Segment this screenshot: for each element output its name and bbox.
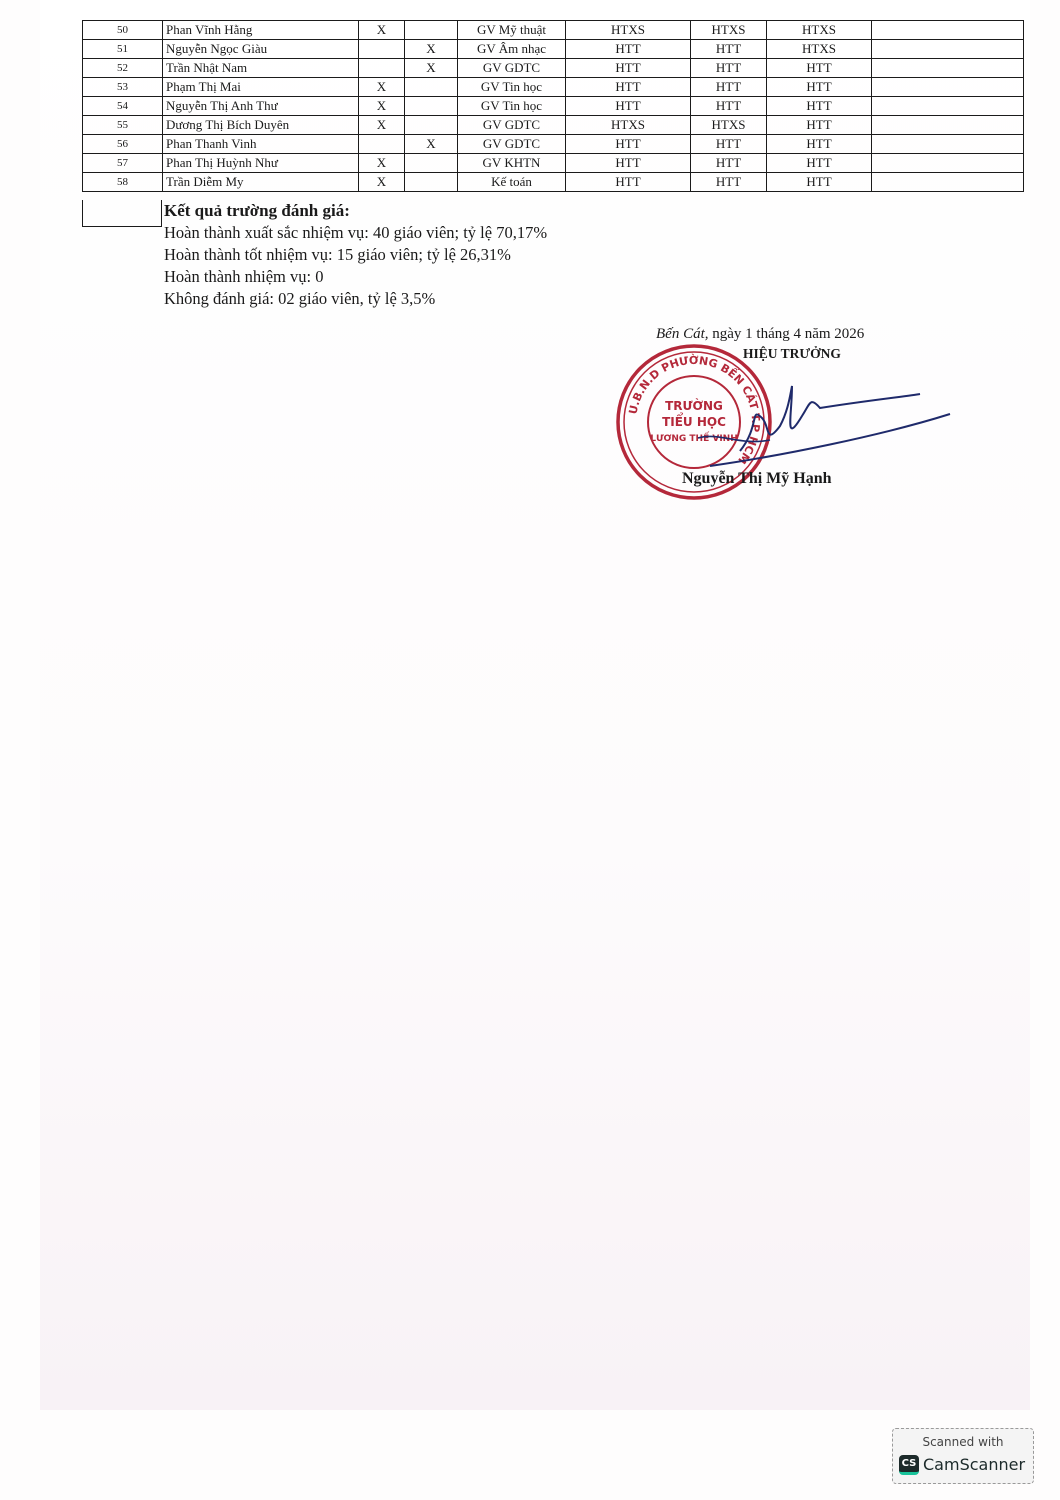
summary-line-complete: Hoàn thành nhiệm vụ: 0 <box>164 266 547 288</box>
cell-r2: HTT <box>691 173 767 192</box>
table-row: 51Nguyễn Ngọc GiàuXGV Âm nhạcHTTHTTHTXS <box>83 40 1024 59</box>
cell-stt: 54 <box>83 97 163 116</box>
cell-name: Phan Thanh Vinh <box>163 135 359 154</box>
cell-stt: 50 <box>83 21 163 40</box>
cell-r3: HTT <box>767 135 872 154</box>
cell-r2: HTT <box>691 40 767 59</box>
cell-r2: HTT <box>691 78 767 97</box>
handwritten-signature-icon <box>680 356 960 476</box>
empty-stt-cell <box>82 200 162 227</box>
cell-col-a: X <box>359 154 405 173</box>
cell-note <box>872 21 1024 40</box>
summary-line-not-evaluated: Không đánh giá: 02 giáo viên, tỷ lệ 3,5% <box>164 288 547 310</box>
cell-r3: HTT <box>767 116 872 135</box>
cell-col-b <box>405 154 458 173</box>
summary-title: Kết quả trường đánh giá: <box>164 200 547 222</box>
table-row: 57Phan Thị Huỳnh NhưXGV KHTNHTTHTTHTT <box>83 154 1024 173</box>
cell-r1: HTT <box>566 78 691 97</box>
summary-line-good: Hoàn thành tốt nhiệm vụ: 15 giáo viên; t… <box>164 244 547 266</box>
cell-note <box>872 59 1024 78</box>
cell-col-b <box>405 173 458 192</box>
cell-role: GV Tin học <box>458 78 566 97</box>
cell-stt: 57 <box>83 154 163 173</box>
cell-r2: HTXS <box>691 116 767 135</box>
cell-stt: 53 <box>83 78 163 97</box>
cell-r1: HTT <box>566 173 691 192</box>
cell-name: Trần Diễm My <box>163 173 359 192</box>
cell-r3: HTT <box>767 59 872 78</box>
staff-evaluation-table: 50Phan Vĩnh HằngXGV Mỹ thuậtHTXSHTXSHTXS… <box>82 20 1024 192</box>
cell-r1: HTT <box>566 135 691 154</box>
cell-r1: HTT <box>566 40 691 59</box>
cell-role: GV Tin học <box>458 97 566 116</box>
cell-col-a: X <box>359 97 405 116</box>
cell-note <box>872 135 1024 154</box>
evaluation-summary: Kết quả trường đánh giá: Hoàn thành xuất… <box>164 200 547 310</box>
cell-role: GV KHTN <box>458 154 566 173</box>
cell-col-b <box>405 21 458 40</box>
table-row: 52Trần Nhật NamXGV GDTCHTTHTTHTT <box>83 59 1024 78</box>
table-row: 53Phạm Thị MaiXGV Tin họcHTTHTTHTT <box>83 78 1024 97</box>
cell-r2: HTT <box>691 154 767 173</box>
cell-col-a <box>359 40 405 59</box>
cell-note <box>872 154 1024 173</box>
cell-r2: HTT <box>691 135 767 154</box>
cell-role: GV GDTC <box>458 59 566 78</box>
cell-r1: HTXS <box>566 116 691 135</box>
cell-col-b: X <box>405 40 458 59</box>
cell-stt: 52 <box>83 59 163 78</box>
camscanner-brand: CamScanner <box>923 1455 1025 1474</box>
table-row: 58Trần Diễm MyXKế toánHTTHTTHTT <box>83 173 1024 192</box>
scanned-with-label: Scanned with <box>893 1435 1033 1449</box>
cell-name: Nguyễn Ngọc Giàu <box>163 40 359 59</box>
cell-r1: HTXS <box>566 21 691 40</box>
table-row: 55Dương Thị Bích DuyênXGV GDTCHTXSHTXSHT… <box>83 116 1024 135</box>
signer-title: HIỆU TRƯỞNG <box>743 346 841 362</box>
cell-role: GV GDTC <box>458 135 566 154</box>
cell-name: Phan Vĩnh Hằng <box>163 21 359 40</box>
cell-col-b <box>405 97 458 116</box>
cell-col-b: X <box>405 59 458 78</box>
cell-stt: 55 <box>83 116 163 135</box>
cell-r1: HTT <box>566 154 691 173</box>
cell-role: Kế toán <box>458 173 566 192</box>
cell-role: GV GDTC <box>458 116 566 135</box>
table-row: 54Nguyễn Thị Anh ThưXGV Tin họcHTTHTTHTT <box>83 97 1024 116</box>
cell-name: Phan Thị Huỳnh Như <box>163 154 359 173</box>
cell-col-a <box>359 135 405 154</box>
cell-note <box>872 173 1024 192</box>
cell-r3: HTT <box>767 173 872 192</box>
cell-name: Nguyễn Thị Anh Thư <box>163 97 359 116</box>
summary-line-excellent: Hoàn thành xuất sắc nhiệm vụ: 40 giáo vi… <box>164 222 547 244</box>
cell-r3: HTT <box>767 97 872 116</box>
cell-note <box>872 40 1024 59</box>
cell-r1: HTT <box>566 59 691 78</box>
cell-name: Phạm Thị Mai <box>163 78 359 97</box>
cell-r1: HTT <box>566 97 691 116</box>
cell-r2: HTT <box>691 97 767 116</box>
cell-stt: 51 <box>83 40 163 59</box>
cell-role: GV Mỹ thuật <box>458 21 566 40</box>
cell-stt: 58 <box>83 173 163 192</box>
cell-role: GV Âm nhạc <box>458 40 566 59</box>
cell-r2: HTT <box>691 59 767 78</box>
cell-col-a: X <box>359 116 405 135</box>
cell-stt: 56 <box>83 135 163 154</box>
cell-note <box>872 116 1024 135</box>
cell-col-b <box>405 116 458 135</box>
cell-note <box>872 97 1024 116</box>
table-row: 56Phan Thanh VinhXGV GDTCHTTHTTHTT <box>83 135 1024 154</box>
signer-name: Nguyễn Thị Mỹ Hạnh <box>682 470 832 488</box>
table-row: 50Phan Vĩnh HằngXGV Mỹ thuậtHTXSHTXSHTXS <box>83 21 1024 40</box>
place-date: Bến Cát, ngày 1 tháng 4 năm 2026 <box>656 326 864 343</box>
cell-name: Dương Thị Bích Duyên <box>163 116 359 135</box>
cell-r3: HTT <box>767 154 872 173</box>
cell-r3: HTT <box>767 78 872 97</box>
cell-col-b <box>405 78 458 97</box>
camscanner-logo-icon: CS <box>899 1455 919 1475</box>
cell-col-a <box>359 59 405 78</box>
camscanner-watermark: Scanned with CS CamScanner <box>892 1428 1034 1484</box>
cell-r3: HTXS <box>767 21 872 40</box>
cell-col-a: X <box>359 78 405 97</box>
cell-col-a: X <box>359 173 405 192</box>
cell-name: Trần Nhật Nam <box>163 59 359 78</box>
signature-block: U.B.N.D PHƯỜNG BẾN CÁT T.P HCM TRƯỜNG TI… <box>620 326 940 496</box>
cell-r2: HTXS <box>691 21 767 40</box>
cell-r3: HTXS <box>767 40 872 59</box>
cell-note <box>872 78 1024 97</box>
cell-col-b: X <box>405 135 458 154</box>
cell-col-a: X <box>359 21 405 40</box>
